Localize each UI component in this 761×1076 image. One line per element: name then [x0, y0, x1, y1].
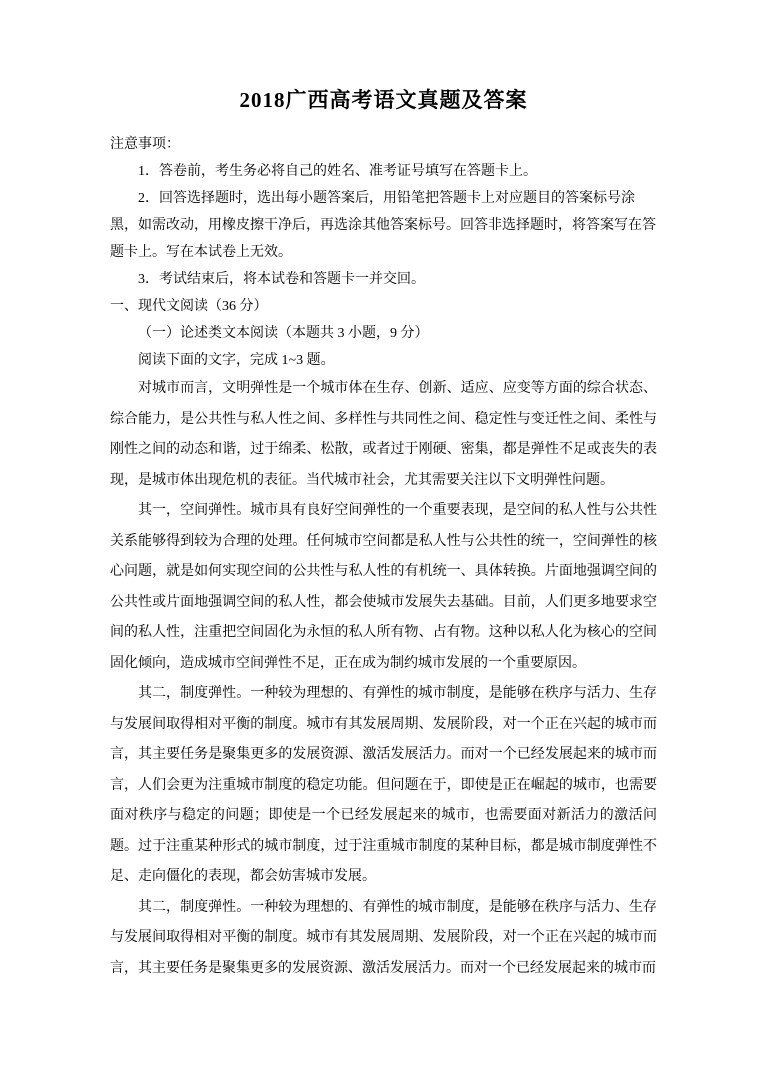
body-paragraph-1: 对城市而言，文明弹性是一个城市体在生存、创新、适应、应变等方面的综合状态、综合能… [110, 374, 657, 496]
subsection-heading: （一）论述类文本阅读（本题共 3 小题，9 分） [110, 320, 657, 347]
section-heading: 一、现代文阅读（36 分） [110, 293, 657, 320]
notice-item-1: 1．答卷前，考生务必将自己的姓名、准考证号填写在答题卡上。 [110, 158, 657, 185]
document-page: 2018广西高考语文真题及答案 注意事项： 1．答卷前，考生务必将自己的姓名、准… [0, 0, 761, 1076]
reading-instruction: 阅读下面的文字，完成 1~3 题。 [110, 347, 657, 374]
body-paragraph-4-truncated: 其二，制度弹性。一种较为理想的、有弹性的城市制度，是能够在秩序与活力、生存与发展… [110, 893, 657, 985]
notice-item-2: 2．回答选择题时，选出每小题答案后，用铅笔把答题卡上对应题目的答案标号涂黑，如需… [110, 185, 657, 266]
body-paragraph-3: 其二，制度弹性。一种较为理想的、有弹性的城市制度，是能够在秩序与活力、生存与发展… [110, 679, 657, 893]
document-title: 2018广西高考语文真题及答案 [110, 86, 657, 114]
body-paragraph-2: 其一，空间弹性。城市具有良好空间弹性的一个重要表现，是空间的私人性与公共性关系能… [110, 496, 657, 679]
notice-heading: 注意事项： [110, 131, 657, 158]
notice-item-3: 3．考试结束后，将本试卷和答题卡一并交回。 [110, 266, 657, 293]
